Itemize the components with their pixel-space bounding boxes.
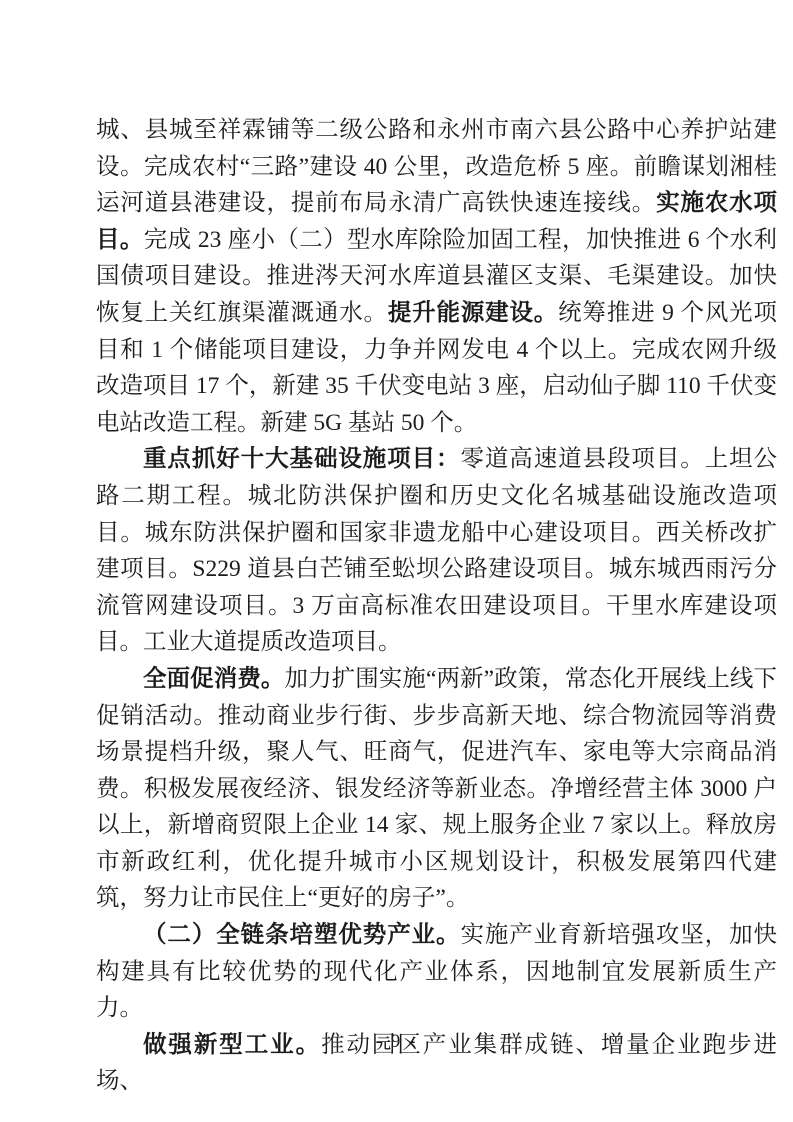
bold-text-run: （二）全链条培塑优势产业。 bbox=[143, 922, 460, 948]
page-footer: - 9 - bbox=[0, 1030, 793, 1054]
page-number: - 9 - bbox=[376, 1031, 418, 1052]
bold-text-run: 全面促消费。 bbox=[143, 666, 284, 692]
paragraph: 城、县城至祥霖铺等二级公路和永州市南六县公路中心养护站建设。完成农村“三路”建设… bbox=[96, 112, 777, 441]
text-run: 加力扩围实施“两新”政策，常态化开展线上线下促销活动。推动商业步行街、步步高新天… bbox=[96, 666, 777, 912]
bold-text-run: 提升能源建设。 bbox=[388, 300, 558, 326]
document-page: 城、县城至祥霖铺等二级公路和永州市南六县公路中心养护站建设。完成农村“三路”建设… bbox=[0, 0, 793, 1122]
paragraph: 重点抓好十大基础设施项目：零道高速道县段项目。上坦公路二期工程。城北防洪保护圈和… bbox=[96, 441, 777, 661]
text-run: 零道高速道县段项目。上坦公路二期工程。城北防洪保护圈和历史文化名城基础设施改造项… bbox=[96, 446, 777, 655]
document-body: 城、县城至祥霖铺等二级公路和永州市南六县公路中心养护站建设。完成农村“三路”建设… bbox=[96, 112, 777, 1100]
paragraph: （二）全链条培塑优势产业。实施产业育新培强攻坚，加快构建具有比较优势的现代化产业… bbox=[96, 917, 777, 1027]
paragraph: 全面促消费。加力扩围实施“两新”政策，常态化开展线上线下促销活动。推动商业步行街… bbox=[96, 661, 777, 917]
bold-text-run: 重点抓好十大基础设施项目： bbox=[143, 446, 460, 472]
